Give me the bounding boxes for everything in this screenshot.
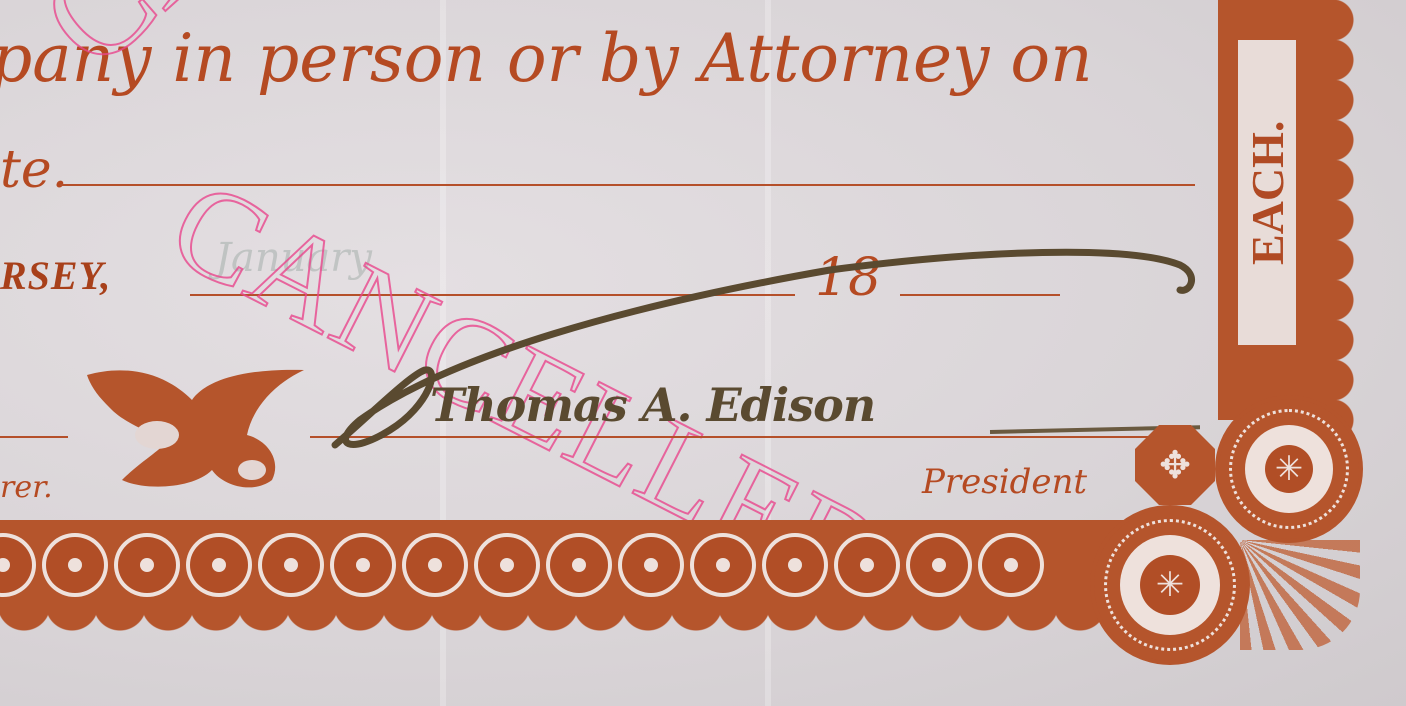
president-label: President	[922, 462, 1087, 502]
treasurer-label: rer.	[0, 470, 53, 505]
line2-text: te.	[0, 140, 68, 200]
eagle-vignette-icon	[82, 360, 307, 495]
border-vertical-text: EACH.	[1240, 40, 1296, 345]
medallion	[186, 533, 252, 597]
rosette-ornament-icon: ✳	[1215, 395, 1363, 543]
medallion	[546, 533, 612, 597]
lace-edge	[0, 604, 1140, 648]
state-text: RSEY,	[0, 252, 111, 299]
medallion	[258, 533, 324, 597]
medallion	[618, 533, 684, 597]
medallion	[978, 533, 1044, 597]
medallion	[0, 533, 36, 597]
rosette-ornament-icon: ✳	[1090, 505, 1250, 665]
medallion	[762, 533, 828, 597]
signature: Thomas A. Edison	[430, 378, 875, 432]
medallion	[402, 533, 468, 597]
medallion	[906, 533, 972, 597]
medallion	[834, 533, 900, 597]
octagon-ornament-icon: ✥	[1135, 425, 1215, 505]
medallion	[330, 533, 396, 597]
treasurer-line	[0, 436, 68, 438]
medallion	[690, 533, 756, 597]
medallion	[42, 533, 108, 597]
medallion	[474, 533, 540, 597]
medallion	[114, 533, 180, 597]
medallion-row	[0, 528, 1100, 602]
